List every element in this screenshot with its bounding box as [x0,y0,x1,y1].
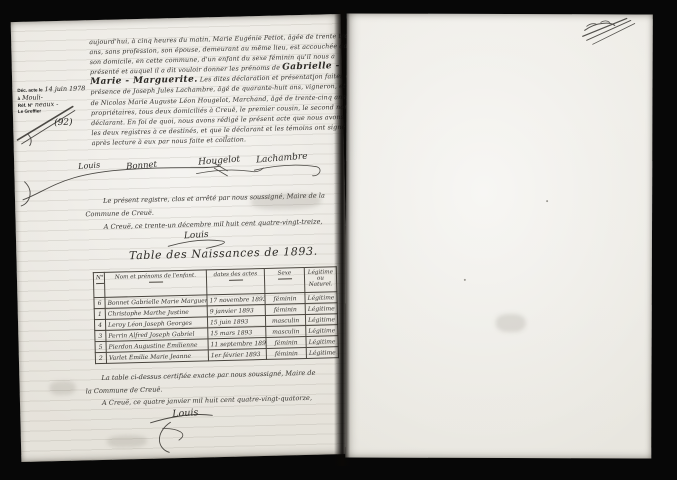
col-header-number: N° [93,272,105,297]
col-header-status: Légitime ou Naturel. [304,267,337,293]
table-title: Table des Naissances de 1893. [128,245,318,263]
margin-handwritten-date: 14 juin 1978 [45,84,86,93]
ink-speck [546,200,548,202]
register-right-page [345,13,653,458]
signature-mayor: Louis [78,160,101,171]
margin-stamp-line: Le Greffier [18,108,41,114]
paper-stain [107,435,147,448]
cell-status: Légitime [305,314,337,326]
signature-witness-2: Lachambre [256,152,308,166]
birth-act-text: aujourd'hui, à cinq heures du matin, Mar… [89,31,344,148]
margin-stamp-line: Réf. N° [18,103,33,108]
ink-speck [312,79,314,81]
cell-date: 1er février 1893 [208,348,266,360]
col-header-sex: Sexe [264,267,305,293]
cell-status: Légitime [305,292,337,304]
cell-number: 1 [94,308,105,319]
births-table: N° Nom et prénoms de l'enfant. dates des… [93,266,339,364]
corner-paraph [345,13,653,458]
col-header-name: Nom et prénoms de l'enfant. [104,270,207,297]
signature-witness-1: Hougelot [198,154,241,167]
cell-number: 2 [95,352,106,363]
book-gutter [334,10,350,466]
cell-number: 4 [94,319,105,330]
signature-mayor: Louis [172,407,199,420]
paper-stain [496,314,526,332]
signature-declarant: Bonnet [126,160,157,172]
scanned-register-spread: Déc. acte le 14 juin 1978 à Mouli- Réf. … [0,0,677,480]
table-certification: La table ci-dessus certifiée exacte par … [85,366,348,410]
cell-number: 3 [95,330,106,341]
margin-stamp-line: à [17,95,20,100]
cell-sex: féminin [266,347,306,359]
cell-status: Légitime [305,303,337,315]
ink-speck [225,135,227,137]
act-signatures: Louis Bonnet Hougelot Lachambre [14,153,344,183]
cell-number: 6 [94,297,105,308]
margin-department-number: (92) [54,118,73,128]
register-left-page: Déc. acte le 14 juin 1978 à Mouli- Réf. … [11,14,352,462]
cell-number: 5 [95,341,106,352]
paper-stain [49,381,75,396]
col-header-date: dates des actes [206,268,265,294]
signature-mayor: Louis [184,230,209,241]
ink-speck [464,279,466,281]
margin-annotation: Déc. acte le 14 juin 1978 à Mouli- Réf. … [17,84,92,116]
cell-name: Varlet Emilie Marie Jeanne [106,350,208,363]
